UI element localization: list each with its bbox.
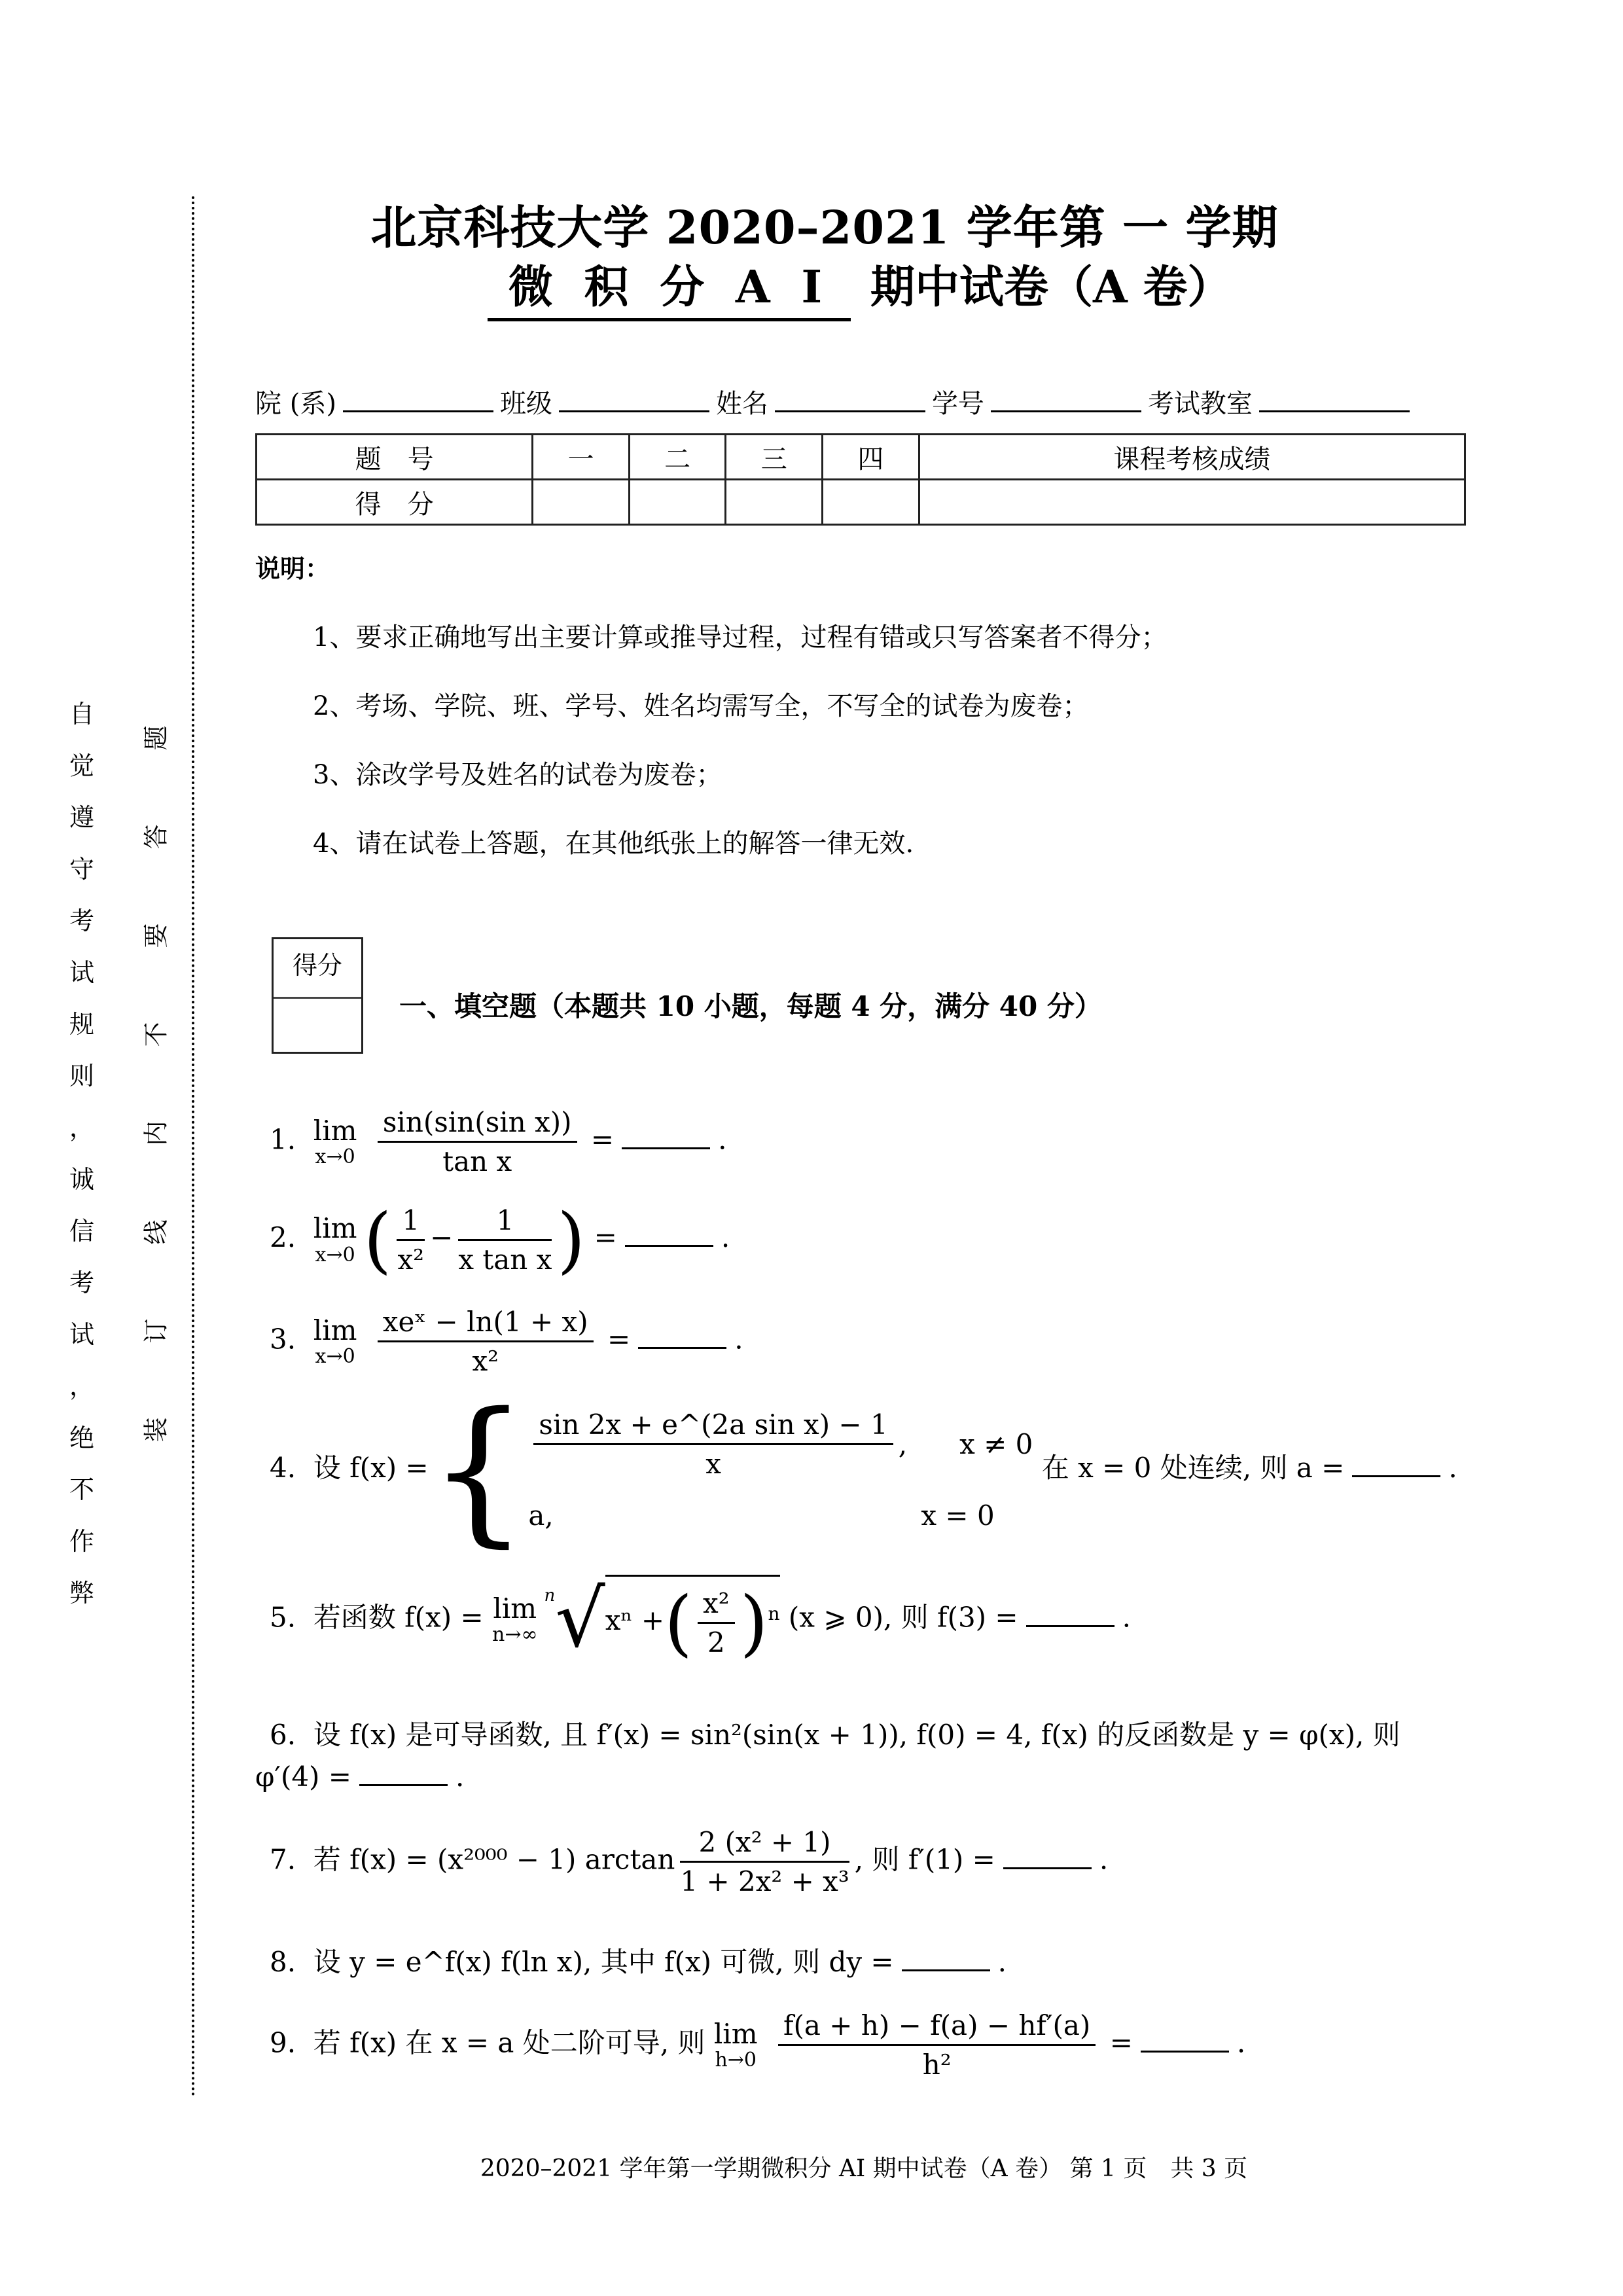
binding-dotted-line	[192, 196, 194, 2098]
score-cell[interactable]	[629, 480, 726, 525]
margin-char: 内	[135, 1121, 171, 1145]
header-cell: 题 号	[257, 435, 533, 480]
exam-title: 北京科技大学 2020–2021 学年第 一 学期	[0, 191, 1623, 257]
question-6: 6. 设 f(x) 是可导函数, 且 f′(x) = sin²(sin(x + …	[270, 1713, 1400, 1753]
exam-subtitle: 微 积 分 A I期中试卷（A 卷）	[488, 252, 1232, 321]
limit: limn→∞	[492, 1594, 537, 1645]
answer-blank[interactable]	[1003, 1848, 1092, 1869]
score-cell[interactable]	[533, 480, 630, 525]
question-1: 1. limx→0 sin(sin(sin x))tan x =.	[270, 1106, 726, 1177]
question-number: 2.	[270, 1221, 296, 1253]
score-cell[interactable]	[919, 480, 1465, 525]
fraction: f(a + h) − f(a) − hf′(a)h²	[778, 2009, 1096, 2081]
margin-char: 不	[69, 1469, 94, 1505]
exam-type: 期中试卷（A 卷）	[870, 261, 1232, 314]
header-cell: 一	[533, 435, 630, 480]
margin-char: 规	[69, 1004, 94, 1040]
student-id-field[interactable]	[991, 391, 1141, 412]
margin-char: 绝	[69, 1418, 94, 1454]
answer-blank[interactable]	[359, 1765, 448, 1786]
section-heading: 一、填空题（本题共 10 小题，每题 4 分，满分 40 分）	[399, 985, 1102, 1024]
score-table-score-row: 得 分	[257, 480, 1465, 525]
score-box-field[interactable]	[274, 999, 361, 1054]
question-number: 7.	[270, 1844, 296, 1876]
margin-char: 则	[69, 1056, 94, 1092]
answer-blank[interactable]	[625, 1225, 713, 1247]
margin-char: 订	[135, 1318, 171, 1343]
fraction: 1x tan x	[458, 1204, 552, 1276]
question-9: 9. 若 f(x) 在 x = a 处二阶可导, 则 limh→0 f(a + …	[270, 2009, 1245, 2081]
limit: limx→0	[313, 1213, 357, 1265]
margin-char: 信	[69, 1211, 94, 1247]
question-number: 3.	[270, 1323, 296, 1355]
answer-blank[interactable]	[1141, 2031, 1229, 2053]
limit: limh→0	[714, 2019, 758, 2071]
score-cell[interactable]	[726, 480, 823, 525]
score-table: 题 号 一 二 三 四 课程考核成绩 得 分	[255, 433, 1466, 526]
margin-char: 要	[135, 923, 171, 948]
note-item: 2、考场、学院、班、学号、姓名均需写全，不写全的试卷为废卷；	[313, 685, 1088, 723]
question-6-continued: φ′(4) =.	[255, 1761, 464, 1793]
fraction: 2 (x² + 1)1 + 2x² + x³	[680, 1826, 849, 1897]
dept-label: 院 (系)	[255, 389, 336, 419]
margin-char: 试	[69, 1314, 94, 1350]
student-info-line: 院 (系)班级姓名学号考试教室	[255, 383, 1416, 420]
question-number: 4.	[270, 1452, 296, 1484]
margin-char: ，	[69, 1366, 94, 1402]
margin-char: 遵	[69, 797, 94, 833]
score-row-label: 得 分	[257, 480, 533, 525]
margin-char: 自	[69, 694, 94, 730]
margin-char: 题	[135, 725, 171, 750]
name-field[interactable]	[775, 391, 925, 412]
margin-char: 觉	[69, 745, 94, 781]
page-footer: 2020–2021 学年第一学期微积分 AI 期中试卷（A 卷） 第 1 页 共…	[0, 2150, 1623, 2183]
header-cell: 二	[629, 435, 726, 480]
margin-char: 作	[69, 1521, 94, 1557]
margin-char: 考	[69, 901, 94, 937]
margin-char: 诚	[69, 1159, 94, 1195]
question-4: 4. 设 f(x) ={ sin 2x + e^(2a sin x) − 1x,…	[270, 1407, 1457, 1533]
margin-honesty-text: 自觉遵守考试规则，诚信考试，绝不作弊	[65, 694, 98, 1609]
fraction: sin(sin(sin x))tan x	[378, 1106, 577, 1177]
notes-heading: 说明：	[255, 548, 330, 584]
nth-root: n√xⁿ +(x²2)n	[544, 1574, 780, 1665]
question-2: 2. limx→0(1x²−1x tan x) =.	[270, 1198, 730, 1282]
question-8: 8. 设 y = e^f(x) f(ln x), 其中 f(x) 可微, 则 d…	[270, 1941, 1007, 1980]
margin-char: ，	[69, 1107, 94, 1143]
margin-char: 答	[135, 824, 171, 849]
course-name: 微 积 分 A I	[488, 252, 851, 321]
answer-blank[interactable]	[638, 1327, 726, 1349]
exam-room-label: 考试教室	[1148, 389, 1253, 419]
question-number: 5.	[270, 1602, 296, 1634]
note-item: 3、涂改学号及姓名的试卷为废卷；	[313, 754, 722, 791]
exam-room-field[interactable]	[1259, 391, 1410, 412]
note-item: 1、要求正确地写出主要计算或推导过程，过程有错或只写答案者不得分；	[313, 617, 1167, 654]
margin-char: 弊	[69, 1573, 94, 1609]
score-cell[interactable]	[823, 480, 919, 525]
question-5: 5. 若函数 f(x) = limn→∞n√xⁿ +(x²2)n (x ⩾ 0)…	[270, 1574, 1131, 1665]
question-number: 9.	[270, 2027, 296, 2059]
score-table-header-row: 题 号 一 二 三 四 课程考核成绩	[257, 435, 1465, 480]
answer-blank[interactable]	[902, 1950, 990, 1971]
answer-blank[interactable]	[622, 1128, 710, 1149]
margin-char: 不	[135, 1022, 171, 1047]
header-cell: 四	[823, 435, 919, 480]
section-score-box: 得分	[272, 937, 363, 1054]
fraction: 1x²	[397, 1204, 425, 1276]
limit: limx→0	[313, 1316, 357, 1367]
note-item: 4、请在试卷上答题，在其他纸张上的解答一律无效.	[313, 823, 914, 860]
name-label: 姓名	[716, 389, 768, 419]
question-number: 8.	[270, 1946, 296, 1978]
margin-no-answer-text: 题答要不内线订装	[137, 720, 170, 1448]
question-7: 7. 若 f(x) = (x²⁰⁰⁰ − 1) arctan2 (x² + 1)…	[270, 1826, 1108, 1897]
margin-char: 守	[69, 849, 94, 885]
limit: limx→0	[313, 1116, 357, 1168]
class-label: 班级	[500, 389, 552, 419]
dept-field[interactable]	[343, 391, 493, 412]
header-cell: 三	[726, 435, 823, 480]
answer-blank[interactable]	[1352, 1456, 1440, 1477]
question-3: 3. limx→0 xeˣ − ln(1 + x)x² =.	[270, 1306, 743, 1377]
margin-char: 装	[135, 1417, 171, 1442]
answer-blank[interactable]	[1026, 1605, 1115, 1627]
fraction: xeˣ − ln(1 + x)x²	[378, 1306, 594, 1377]
question-number: 6.	[270, 1719, 296, 1751]
margin-char: 试	[69, 952, 94, 988]
class-field[interactable]	[559, 391, 709, 412]
piecewise-cases: sin 2x + e^(2a sin x) − 1x,x ≠ 0 a,x = 0	[528, 1408, 1033, 1532]
question-number: 1.	[270, 1124, 296, 1156]
margin-char: 考	[69, 1263, 94, 1299]
header-cell: 课程考核成绩	[919, 435, 1465, 480]
score-box-label: 得分	[274, 939, 361, 999]
margin-char: 线	[135, 1219, 171, 1244]
student-id-label: 学号	[932, 389, 984, 419]
